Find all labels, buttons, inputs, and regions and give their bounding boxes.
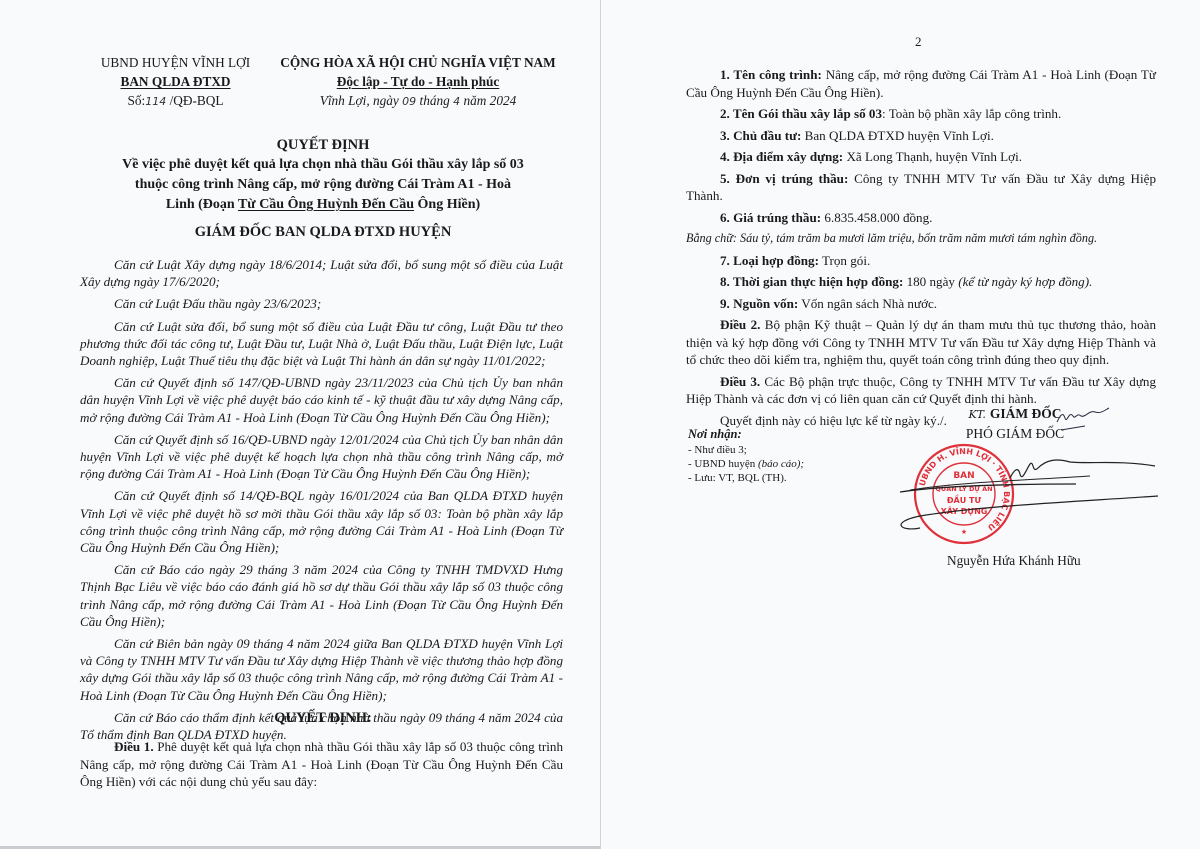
nation-title: CỘNG HÒA XÃ HỘI CHỦ NGHĨA VIỆT NAM [268,53,568,72]
agency-name: BAN QLDA ĐTXD [88,72,263,91]
legal-basis: Căn cứ Biên bản ngày 09 tháng 4 năm 2024… [80,635,563,704]
legal-basis: Căn cứ Báo cáo ngày 29 tháng 3 năm 2024 … [80,561,563,630]
subject-line-1: Về việc phê duyệt kết quả lựa chọn nhà t… [88,155,558,175]
page-number: 2 [915,34,922,50]
signer-title-1: GIÁM ĐỐC [990,406,1062,421]
amount-in-words: Bằng chữ: Sáu tỷ, tám trăm ba mươi lăm t… [686,230,1156,248]
legal-basis: Căn cứ Luật Đấu thầu ngày 23/6/2023; [80,295,563,312]
page-1: UBND HUYỆN VĨNH LỢI BAN QLDA ĐTXD Số:114… [0,0,600,849]
legal-basis: Căn cứ Luật sửa đổi, bổ sung một số điều… [80,318,563,370]
article-3: Điều 3. Các Bộ phận trực thuộc, Công ty … [686,373,1156,408]
legal-basis: Căn cứ Quyết định số 16/QĐ-UBND ngày 12/… [80,431,563,483]
issuer-heading: GIÁM ĐỐC BAN QLDA ĐTXD HUYỆN [88,224,558,241]
legal-basis: Căn cứ Luật Xây dựng ngày 18/6/2014; Luậ… [80,256,563,290]
detail-item: 7. Loại hợp đồng: Trọn gói. [686,252,1156,270]
signer-name: Nguyễn Hứa Khánh Hữu [947,553,1081,569]
legal-basis: Căn cứ Quyết định số 14/QĐ-BQL ngày 16/0… [80,487,563,556]
issuing-agency: UBND HUYỆN VĨNH LỢI BAN QLDA ĐTXD Số:114… [88,53,263,111]
detail-item: 6. Giá trúng thầu: 6.835.458.000 đồng. [686,209,1156,227]
recipients: Nơi nhận: - Như điều 3; - UBND huyện (bá… [688,427,804,485]
recipients-label: Nơi nhận: [688,427,804,441]
subject-line-3: Linh (Đoạn Từ Cầu Ông Huỳnh Đến Cầu Ông … [88,195,558,215]
place-date: Vĩnh Lợi, ngày 09 tháng 4 năm 2024 [268,91,568,111]
decision-heading: QUYẾT ĐỊNH: [88,710,558,727]
detail-item: 4. Địa điểm xây dựng: Xã Long Thạnh, huy… [686,148,1156,166]
legal-bases: Căn cứ Luật Xây dựng ngày 18/6/2014; Luậ… [80,256,563,748]
document-title: QUYẾT ĐỊNH Về việc phê duyệt kết quả lựa… [88,135,558,215]
recipient-item: - Lưu: VT, BQL (TH). [688,471,804,485]
detail-item: 3. Chủ đầu tư: Ban QLDA ĐTXD huyện Vĩnh … [686,127,1156,145]
recipient-item: - UBND huyện (báo cáo); [688,457,804,471]
national-motto: Độc lập - Tự do - Hạnh phúc [268,72,568,91]
agency-parent: UBND HUYỆN VĨNH LỢI [88,53,263,72]
initial-signature-icon [1055,404,1110,432]
article-2: Điều 2. Bộ phận Kỹ thuật – Quản lý dự án… [686,316,1156,369]
legal-basis: Căn cứ Quyết định số 147/QĐ-UBND ngày 23… [80,374,563,426]
detail-item: 9. Nguồn vốn: Vốn ngân sách Nhà nước. [686,295,1156,313]
recipient-item: - Như điều 3; [688,443,804,457]
national-header: CỘNG HÒA XÃ HỘI CHỦ NGHĨA VIỆT NAM Độc l… [268,53,568,111]
subject-line-2: thuộc công trình Nâng cấp, mở rộng đường… [88,175,558,195]
detail-item: 1. Tên công trình: Nâng cấp, mở rộng đườ… [686,66,1156,101]
handwritten-number: 114 [145,95,166,108]
decision-details: 1. Tên công trình: Nâng cấp, mở rộng đườ… [686,66,1156,433]
document-number: Số:114 /QĐ-BQL [88,91,263,111]
title-heading: QUYẾT ĐỊNH [88,135,558,155]
handwritten-signature-icon [880,440,1160,550]
on-behalf-mark: KT. [968,408,985,421]
detail-item: 8. Thời gian thực hiện hợp đồng: 180 ngà… [686,273,1156,291]
detail-item: 5. Đơn vị trúng thầu: Công ty TNHH MTV T… [686,170,1156,205]
article-1: Điều 1. Phê duyệt kết quả lựa chọn nhà t… [80,738,563,791]
detail-item: 2. Tên Gói thầu xây lắp số 03: Toàn bộ p… [686,105,1156,123]
